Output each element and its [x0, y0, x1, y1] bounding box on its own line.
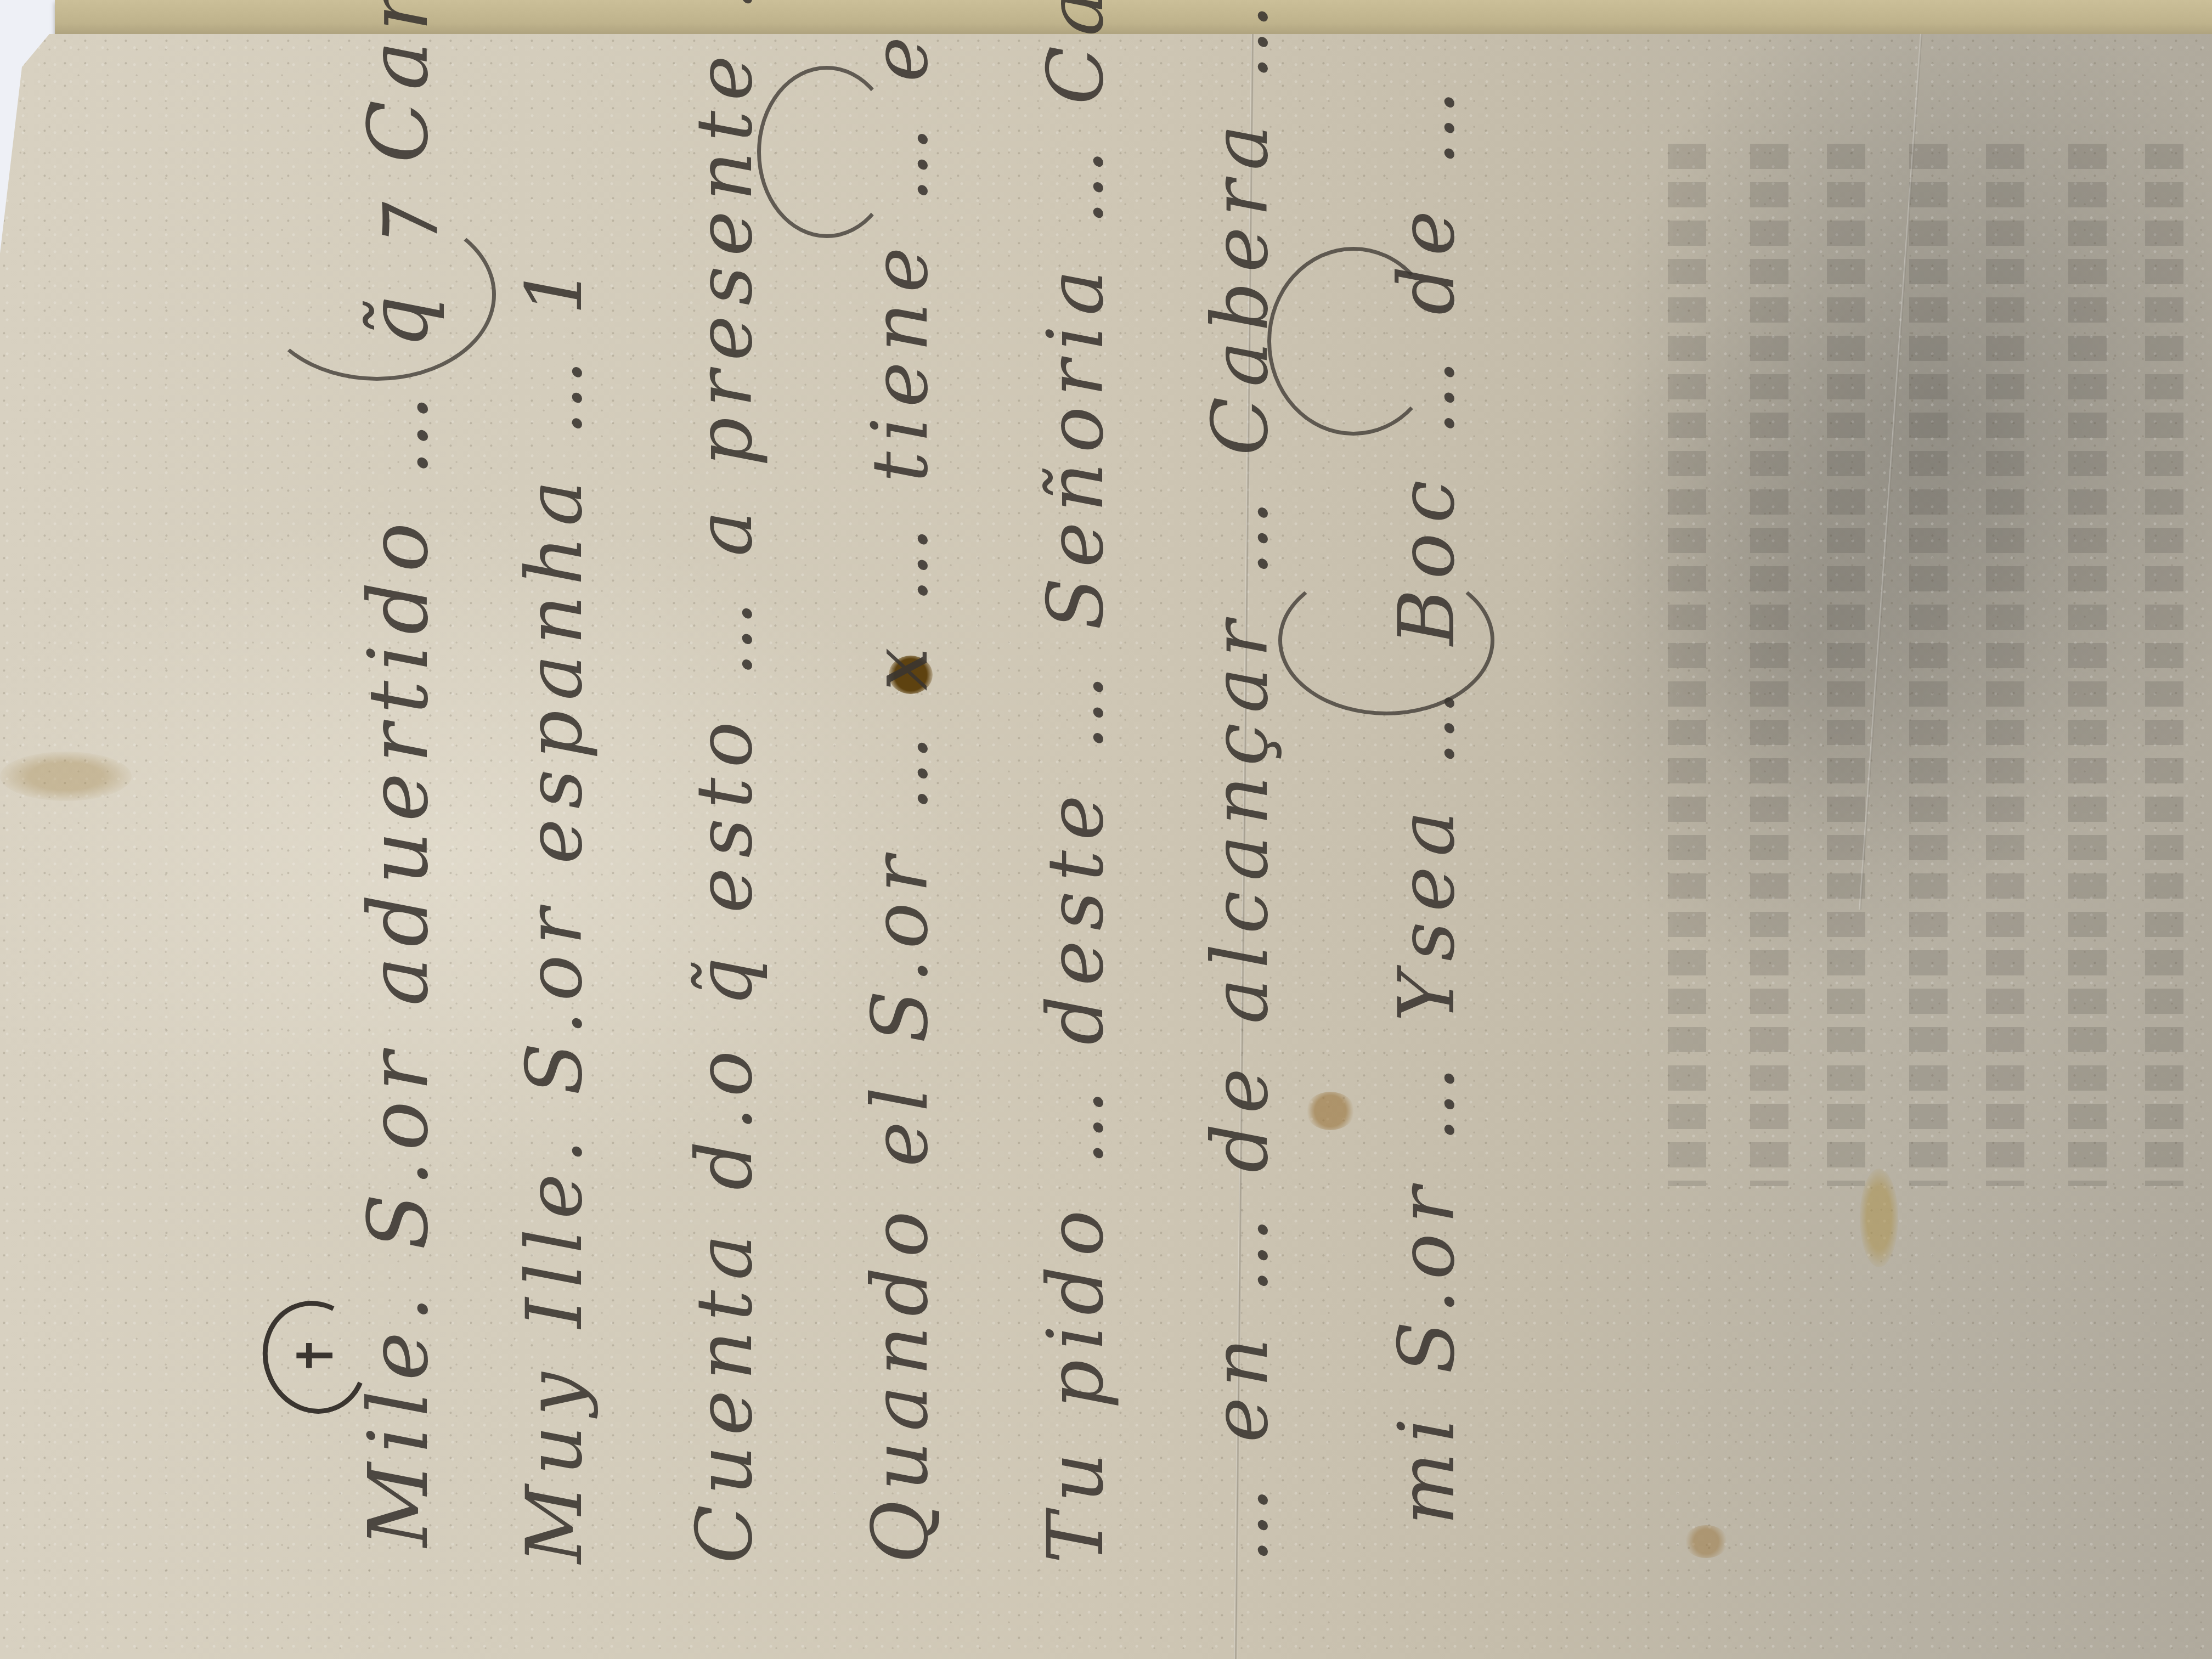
- printed-show-through: [1646, 144, 2194, 1186]
- stain-spot: [1306, 1092, 1355, 1130]
- manuscript-line-5: Tu pido … deste … Señoria … Cabe …: [1031, 0, 1121, 1564]
- manuscript-line-4: Quando el S.or … x … tiene … e …: [856, 0, 945, 1564]
- tide-mark: [0, 752, 132, 801]
- foxing-stain: [1684, 1525, 1728, 1558]
- manuscript-line-6: … en … de alcançar … Cabera … dicho: [1196, 0, 1285, 1564]
- cross-icon: ✝: [287, 1335, 345, 1376]
- manuscript-line-1: Mile. S.or aduertido … q̃ ⁊ Caro Xpto: [351, 0, 447, 1547]
- foxing-stain: [1860, 1169, 1898, 1267]
- manuscript-line-7: mi S.or … Ysea … Boc … de …: [1383, 80, 1472, 1525]
- manuscript-line-3: Cuenta d.o q̃ esto … a presente … d.to d…: [680, 0, 770, 1564]
- manuscript-line-2: Muy Ille. S.or espanha … 1: [510, 256, 600, 1564]
